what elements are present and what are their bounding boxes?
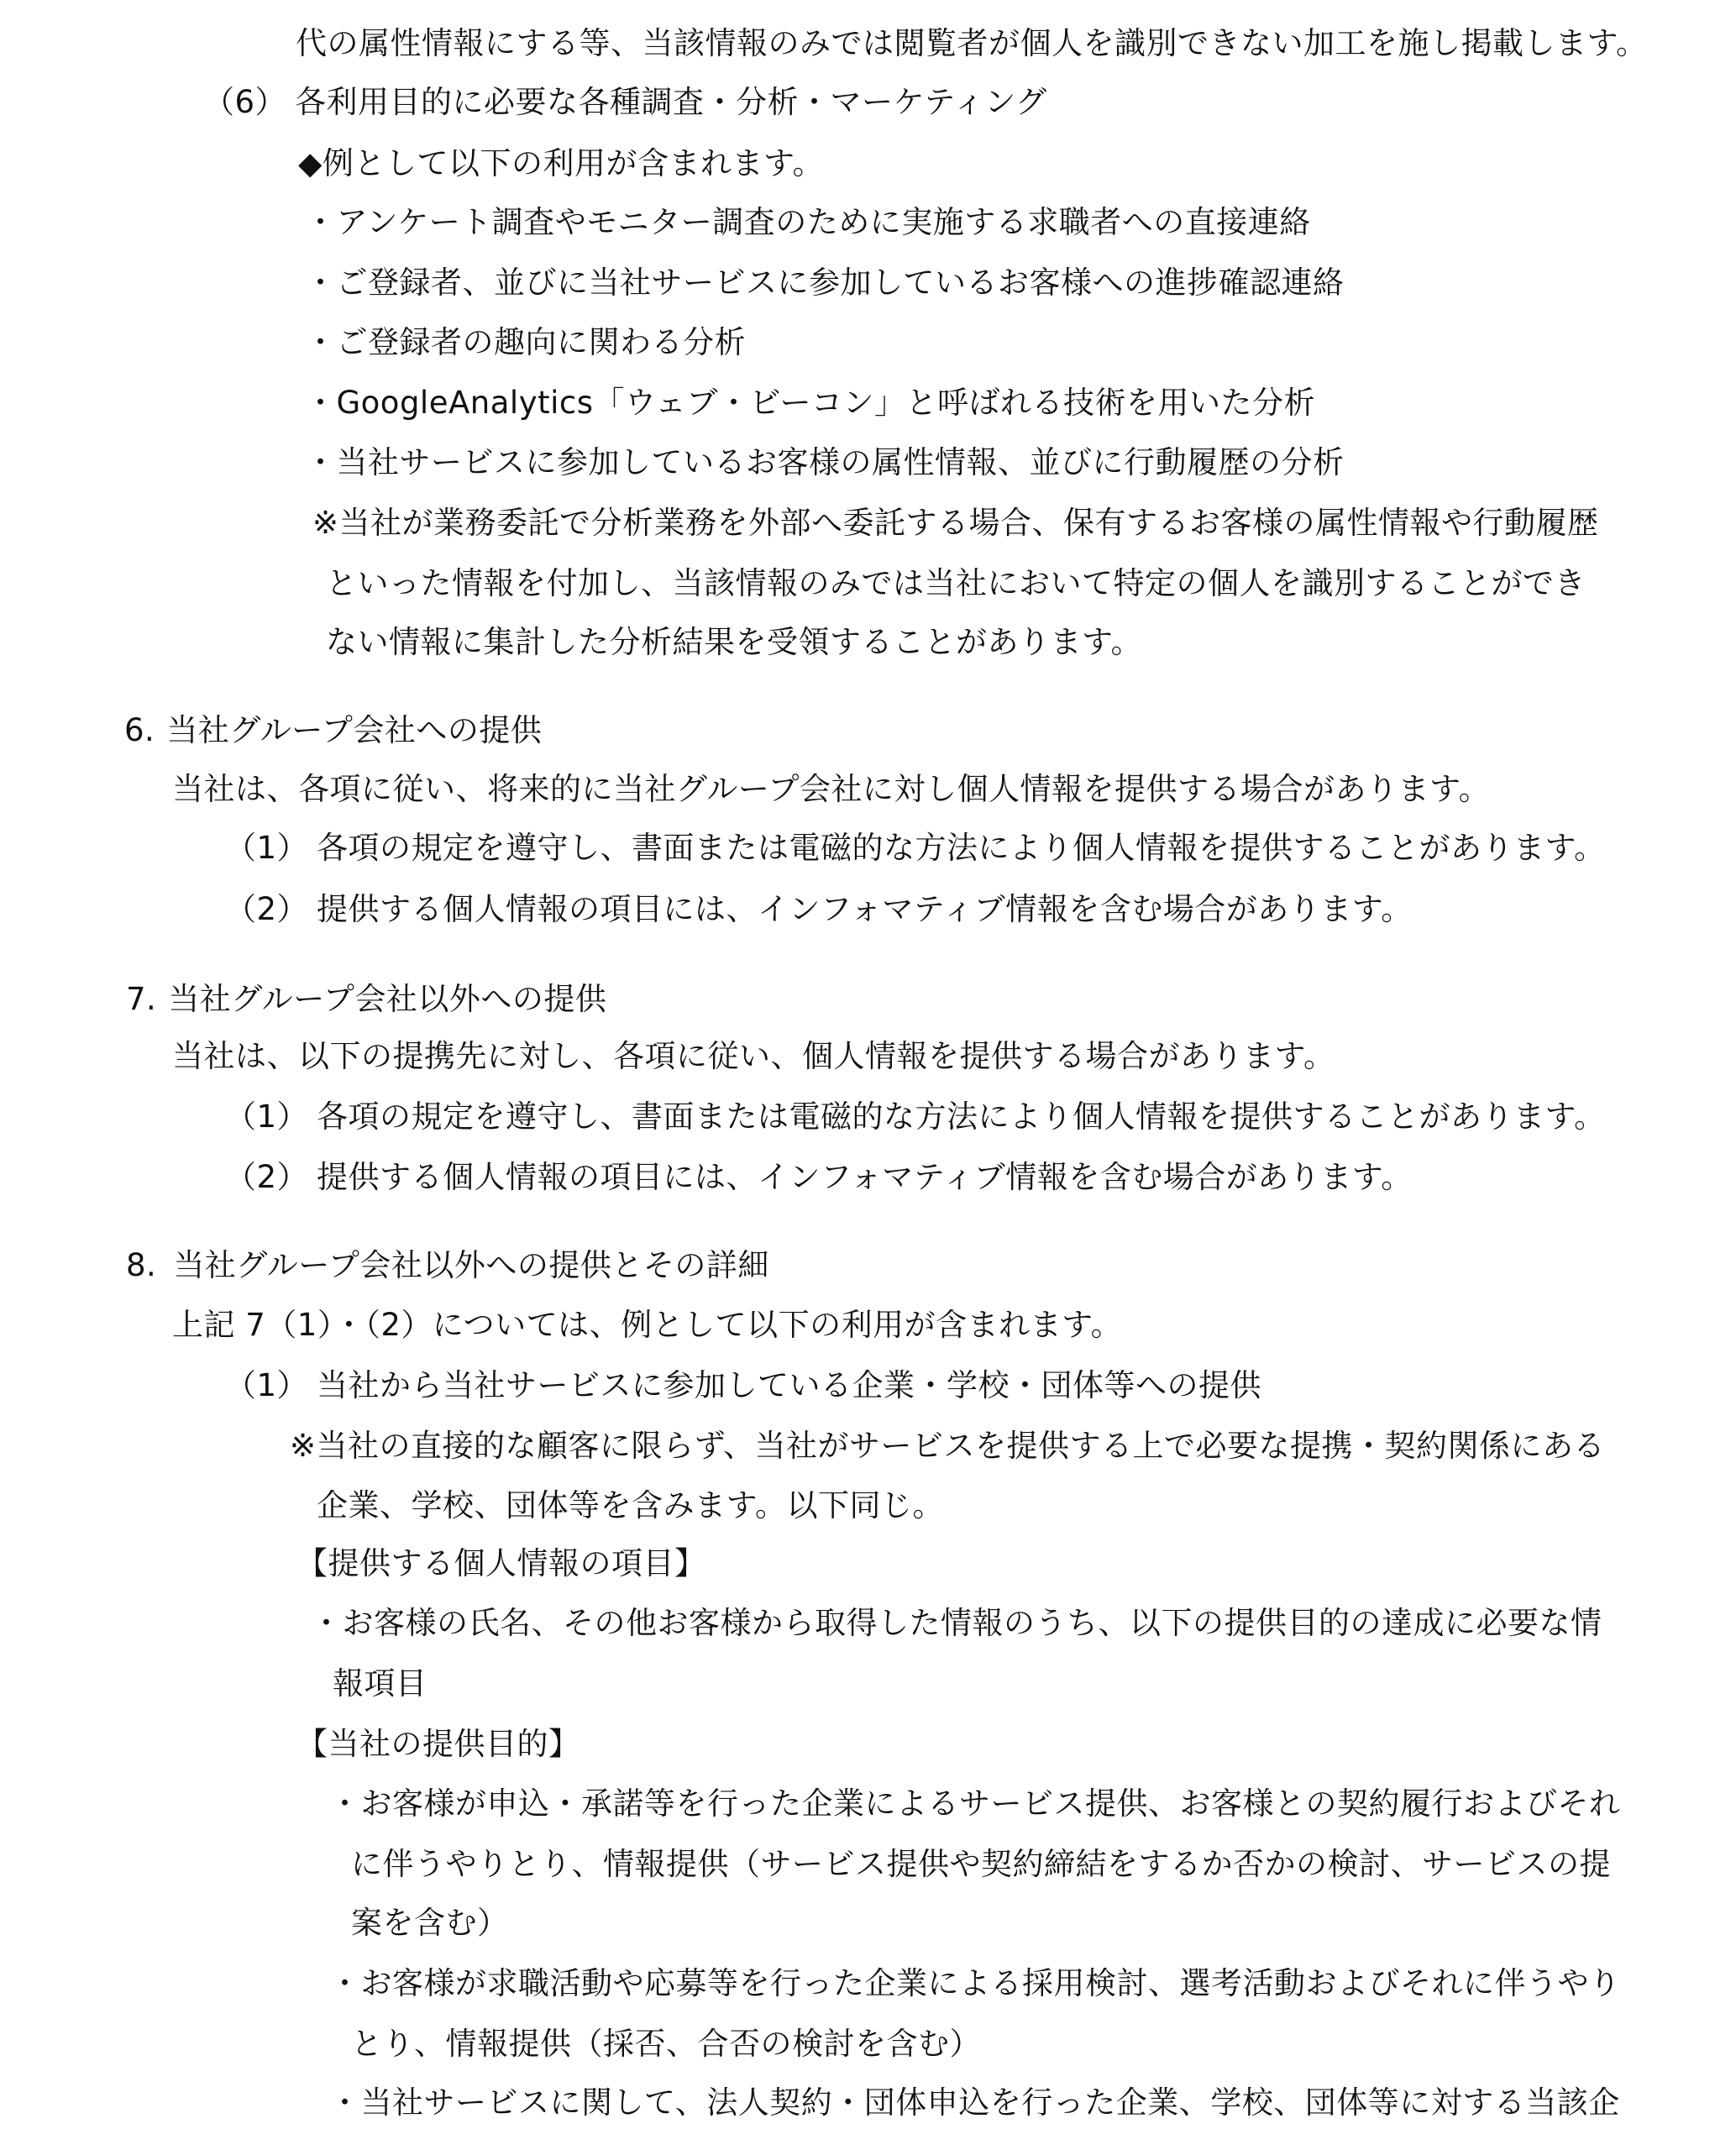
line-text: 報項目 [333, 1665, 427, 1702]
line-text: 当社が業務委託で分析業務を外部へ委託する場合、保有するお客様の属性情報や行動履歴 [339, 505, 1599, 541]
continuation-line: 代の属性情報にする等、当該情報のみでは閲覧者が個人を識別できない加工を施し掲載し… [296, 22, 1648, 66]
section-number: 6. [124, 709, 155, 752]
line-text: 上記 7（1）・（2）については、例として以下の利用が含まれます。 [172, 1307, 1122, 1343]
item-number: （6） [203, 81, 286, 124]
list-item: ・お客様が求職活動や応募等を行った企業による採用検討、選考活動およびそれに伴うや… [329, 1962, 1621, 2006]
line-text: 当社グループ会社以外への提供とその詳細 [173, 1247, 769, 1283]
numbered-item: （2）提供する個人情報の項目には、インフォマティブ情報を含む場合があります。 [225, 1156, 1413, 1199]
bullet-icon: ・ [305, 261, 337, 305]
numbered-item: （1）当社から当社サービスに参加している企業・学校・団体等への提供 [225, 1364, 1261, 1408]
list-item-continuation: 報項目 [333, 1662, 427, 1706]
item-number: （1） [225, 1095, 308, 1139]
example-intro: ◆例として以下の利用が含まれます。 [298, 142, 824, 186]
item-number: （2） [225, 1156, 308, 1199]
list-item-continuation: に伴うやりとり、情報提供（サービス提供や契約締結をするか否かの検討、サービスの提 [351, 1843, 1611, 1886]
line-text: 当社は、以下の提携先に対し、各項に従い、個人情報を提供する場合があります。 [172, 1038, 1335, 1074]
note-continuation: といった情報を付加し、当該情報のみでは当社において特定の個人を識別することができ [326, 562, 1586, 606]
reference-mark-icon: ※ [312, 501, 339, 545]
line-text: 当社は、各項に従い、将来的に当社グループ会社に対し個人情報を提供する場合がありま… [172, 771, 1490, 807]
list-item: ・当社サービスに参加しているお客様の属性情報、並びに行動履歴の分析 [305, 441, 1345, 485]
section-number: 8. [126, 1244, 156, 1287]
line-text: 【当社の提供目的】 [296, 1726, 580, 1762]
bullet-icon: ・ [305, 441, 337, 485]
line-text: 当社サービスに参加しているお客様の属性情報、並びに行動履歴の分析 [337, 444, 1345, 480]
bullet-icon: ・ [311, 1602, 343, 1645]
line-text: ご登録者、並びに当社サービスに参加しているお客様への進捗確認連絡 [337, 265, 1345, 301]
note-continuation: ない情報に集計した分析結果を受領することがあります。 [326, 621, 1142, 664]
bullet-icon: ・ [305, 201, 337, 244]
note-line: ※当社の直接的な顧客に限らず、当社がサービスを提供する上で必要な提携・契約関係に… [290, 1424, 1605, 1468]
line-text: 当社グループ会社への提供 [166, 712, 542, 748]
line-text: 各項の規定を遵守し、書面または電磁的な方法により個人情報を提供することがあります… [317, 830, 1606, 866]
list-item: ・ご登録者の趣向に関わる分析 [305, 321, 746, 364]
line-text: ない情報に集計した分析結果を受領することがあります。 [326, 624, 1142, 660]
document-page: 代の属性情報にする等、当該情報のみでは閲覧者が個人を識別できない加工を施し掲載し… [0, 0, 1736, 2150]
section-number: 7. [126, 978, 156, 1021]
line-text: 各利用目的に必要な各種調査・分析・マーケティング [295, 84, 1047, 120]
section-body: 当社は、各項に従い、将来的に当社グループ会社に対し個人情報を提供する場合がありま… [172, 768, 1490, 811]
line-text: 企業、学校、団体等を含みます。以下同じ。 [317, 1487, 944, 1523]
line-text: 例として以下の利用が含まれます。 [323, 145, 824, 181]
numbered-item: （2）提供する個人情報の項目には、インフォマティブ情報を含む場合があります。 [225, 888, 1413, 931]
list-item: ・ご登録者、並びに当社サービスに参加しているお客様への進捗確認連絡 [305, 261, 1345, 305]
line-text: ご登録者の趣向に関わる分析 [337, 324, 747, 360]
section-heading-7: 7.当社グループ会社以外への提供 [126, 978, 606, 1021]
numbered-item: （1）各項の規定を遵守し、書面または電磁的な方法により個人情報を提供することがあ… [225, 826, 1606, 870]
line-text: GoogleAnalytics「ウェブ・ビーコン」と呼ばれる技術を用いた分析 [337, 385, 1316, 421]
bullet-icon: ・ [329, 1962, 361, 2006]
line-text: 当社の直接的な顧客に限らず、当社がサービスを提供する上で必要な提携・契約関係にあ… [317, 1428, 1606, 1464]
item-number: （2） [225, 888, 308, 931]
section-body: 上記 7（1）・（2）については、例として以下の利用が含まれます。 [172, 1303, 1122, 1347]
list-item-continuation: とり、情報提供（採否、合否の検討を含む） [351, 2022, 981, 2066]
subsection-heading-6: （6）各利用目的に必要な各種調査・分析・マーケティング [203, 81, 1047, 124]
list-item: ・お客様が申込・承諾等を行った企業によるサービス提供、お客様との契約履行およびそ… [329, 1782, 1621, 1826]
line-text: 提供する個人情報の項目には、インフォマティブ情報を含む場合があります。 [317, 1159, 1413, 1195]
line-text: 各項の規定を遵守し、書面または電磁的な方法により個人情報を提供することがあります… [317, 1099, 1606, 1135]
list-item: ・アンケート調査やモニター調査のために実施する求職者への直接連絡 [305, 201, 1311, 244]
line-text: 案を含む） [351, 1905, 509, 1941]
item-number: （1） [225, 1364, 308, 1408]
line-text: お客様が申込・承諾等を行った企業によるサービス提供、お客様との契約履行およびそれ [361, 1786, 1621, 1822]
line-text: 代の属性情報にする等、当該情報のみでは閲覧者が個人を識別できない加工を施し掲載し… [296, 25, 1648, 61]
section-body: 当社は、以下の提携先に対し、各項に従い、個人情報を提供する場合があります。 [172, 1035, 1335, 1078]
bullet-icon: ・ [305, 381, 337, 425]
numbered-item: （1）各項の規定を遵守し、書面または電磁的な方法により個人情報を提供することがあ… [225, 1095, 1606, 1139]
section-heading-6: 6.当社グループ会社への提供 [124, 709, 542, 752]
subheading-purpose: 【当社の提供目的】 [296, 1723, 580, 1766]
line-text: といった情報を付加し、当該情報のみでは当社において特定の個人を識別することができ [326, 565, 1586, 601]
list-item-continuation: 案を含む） [351, 1901, 509, 1945]
line-text: に伴うやりとり、情報提供（サービス提供や契約締結をするか否かの検討、サービスの提 [351, 1846, 1611, 1882]
line-text: 当社サービスに関して、法人契約・団体申込を行った企業、学校、団体等に対する当該企 [361, 2084, 1620, 2121]
line-text: 提供する個人情報の項目には、インフォマティブ情報を含む場合があります。 [317, 891, 1413, 927]
diamond-bullet-icon: ◆ [298, 142, 323, 186]
line-text: アンケート調査やモニター調査のために実施する求職者への直接連絡 [337, 204, 1311, 240]
line-text: 当社から当社サービスに参加している企業・学校・団体等への提供 [317, 1367, 1261, 1403]
bullet-icon: ・ [305, 321, 337, 364]
section-heading-8: 8.当社グループ会社以外への提供とその詳細 [126, 1244, 769, 1287]
bullet-icon: ・ [329, 2081, 361, 2125]
subheading-provided-items: 【提供する個人情報の項目】 [296, 1542, 706, 1586]
list-item: ・GoogleAnalytics「ウェブ・ビーコン」と呼ばれる技術を用いた分析 [305, 381, 1315, 425]
bullet-icon: ・ [329, 1782, 361, 1826]
note-continuation: 企業、学校、団体等を含みます。以下同じ。 [317, 1484, 944, 1528]
line-text: 【提供する個人情報の項目】 [296, 1545, 706, 1581]
line-text: とり、情報提供（採否、合否の検討を含む） [351, 2026, 981, 2062]
list-item: ・お客様の氏名、その他お客様から取得した情報のうち、以下の提供目的の達成に必要な… [311, 1602, 1602, 1645]
reference-mark-icon: ※ [290, 1424, 317, 1468]
list-item: ・当社サービスに関して、法人契約・団体申込を行った企業、学校、団体等に対する当該… [329, 2081, 1620, 2125]
line-text: お客様が求職活動や応募等を行った企業による採用検討、選考活動およびそれに伴うやり [361, 1965, 1621, 2001]
line-text: お客様の氏名、その他お客様から取得した情報のうち、以下の提供目的の達成に必要な情 [343, 1605, 1602, 1641]
line-text: 当社グループ会社以外への提供 [168, 981, 606, 1017]
note-line: ※当社が業務委託で分析業務を外部へ委託する場合、保有するお客様の属性情報や行動履… [312, 501, 1599, 545]
item-number: （1） [225, 826, 308, 870]
